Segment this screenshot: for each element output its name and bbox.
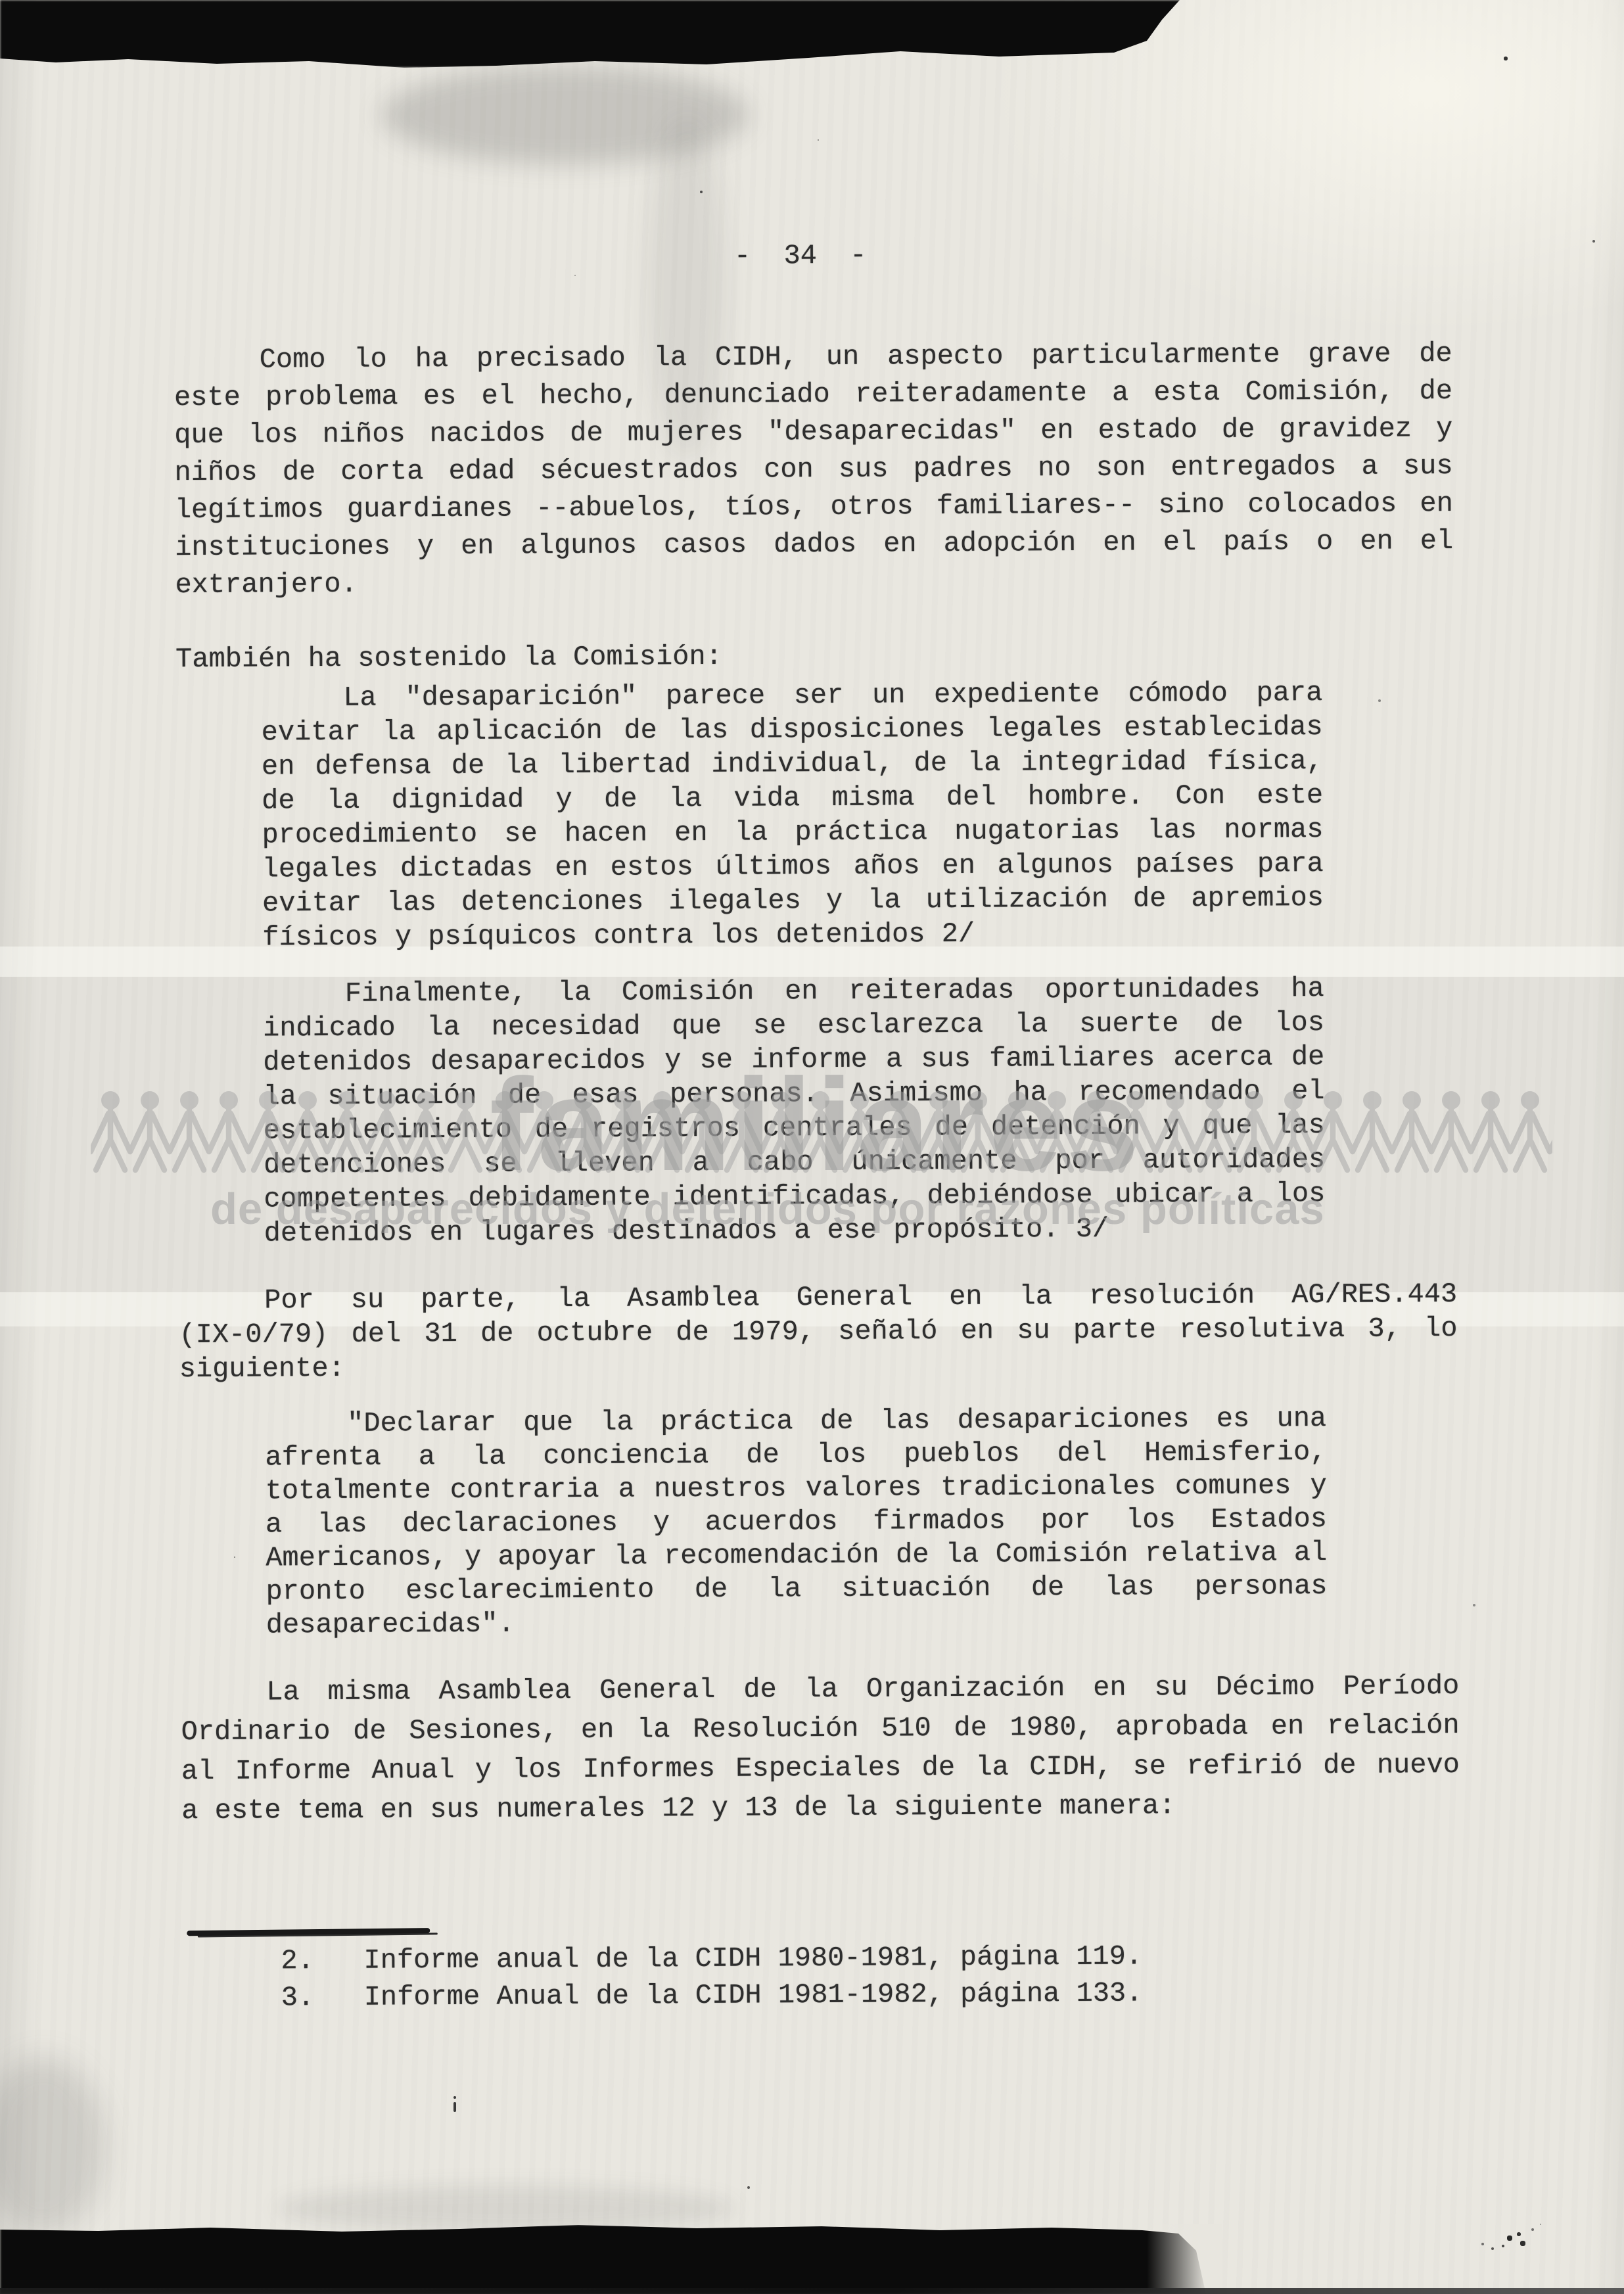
text-line: detenidos desaparecidos y se informe a s… (263, 1040, 1324, 1079)
paragraph-tambien: También ha sostenido la Comisión: (175, 634, 1454, 678)
text-line: La "desaparición" parece ser un expedien… (261, 676, 1322, 715)
text-line: Como lo ha precisado la CIDH, un aspecto… (174, 335, 1452, 379)
scan-artifact-fade (1147, 2224, 1222, 2294)
text-line: instituciones y en algunos casos dados e… (175, 523, 1453, 567)
text-line: afrenta a la conciencia de los pueblos d… (265, 1436, 1326, 1474)
text-line: a este tema en sus numerales 12 y 13 de … (181, 1785, 1460, 1831)
footnotes: 2. Informe anual de la CIDH 1980-1981, p… (281, 1936, 1464, 2016)
text-line: Americanos, y apoyar la recomendación de… (266, 1536, 1327, 1575)
paragraph-asamblea-general: Por su parte, la Asamblea General en la … (179, 1277, 1458, 1386)
text-line: "Declarar que la práctica de las desapar… (265, 1402, 1326, 1441)
document-body: - 34 - Como lo ha precisado la CIDH, un … (0, 0, 1624, 2294)
text-line: extranjero. (175, 560, 1453, 604)
text-line: La misma Asamblea General de la Organiza… (181, 1666, 1459, 1712)
text-line: legítimos guardianes --abuelos, tíos, ot… (175, 485, 1453, 529)
text-line: de la dignidad y de la vida misma del ho… (262, 778, 1323, 818)
stray-mark (453, 2102, 456, 2112)
text-line: a las declaraciones y acuerdos firmados … (266, 1503, 1327, 1541)
footnote-separator-rule (187, 1928, 430, 1936)
text-line: la situación de esas personas. Asimismo … (263, 1074, 1324, 1113)
text-line: físicos y psíquicos contra los detenidos… (262, 915, 1324, 954)
scanned-document-page: - 34 - Como lo ha precisado la CIDH, un … (0, 0, 1624, 2294)
text-line: procedimiento se hacen en la práctica nu… (262, 812, 1323, 852)
text-line: que los niños nacidos de mujeres "desapa… (174, 410, 1452, 454)
blockquote-declarar: "Declarar que la práctica de las desapar… (265, 1402, 1328, 1642)
text-line: También ha sostenido la Comisión: (175, 634, 1454, 678)
text-line: detenciones se lleven a cabo únicamente … (264, 1142, 1325, 1182)
text-line: desaparecidas". (266, 1603, 1328, 1642)
paragraph-resolucion-510: La misma Asamblea General de la Organiza… (181, 1666, 1460, 1831)
blockquote-finalmente: Finalmente, la Comisión en reiteradas op… (263, 971, 1326, 1250)
paragraph-intro: Como lo ha precisado la CIDH, un aspecto… (174, 335, 1454, 604)
text-line: totalmente contraria a nuestros valores … (266, 1469, 1327, 1508)
text-line: 3. Informe Anual de la CIDH 1981-1982, p… (281, 1973, 1464, 2016)
text-line: niños de corta edad sécuestrados con sus… (174, 448, 1452, 492)
text-line: evitar las detenciones ilegales y la uti… (262, 881, 1324, 920)
text-line: establecimiento de registros centrales d… (264, 1108, 1325, 1148)
page-number: - 34 - (734, 240, 867, 272)
text-line: indicado la necesidad que se esclarezca … (263, 1006, 1324, 1045)
blockquote-desaparicion: La "desaparición" parece ser un expedien… (261, 676, 1324, 954)
text-line: detenidos en lugares destinados a ese pr… (264, 1211, 1326, 1250)
scan-artifact-edge-line (0, 2288, 1624, 2294)
scan-artifact-bottom (0, 2224, 1213, 2294)
text-line: al Informe Anual y los Informes Especial… (181, 1745, 1460, 1791)
text-line: Finalmente, la Comisión en reiteradas op… (263, 971, 1324, 1011)
text-line: pronto esclarecimiento de la situación d… (266, 1570, 1327, 1608)
text-line: evitar la aplicación de las disposicione… (262, 710, 1323, 749)
text-line: 2. Informe anual de la CIDH 1980-1981, p… (281, 1936, 1464, 1979)
text-line: Ordinario de Sesiones, en la Resolución … (181, 1706, 1459, 1752)
text-line: legales dictadas en estos últimos años e… (262, 847, 1324, 886)
text-line: competentes debidamente identificadas, d… (264, 1177, 1325, 1216)
text-line: siguiente: (179, 1346, 1458, 1386)
text-line: este problema es el hecho, denunciado re… (174, 373, 1452, 417)
text-line: en defensa de la libertad individual, de… (262, 744, 1323, 784)
text-line: (IX-0/79) del 31 de octubre de 1979, señ… (179, 1311, 1457, 1352)
